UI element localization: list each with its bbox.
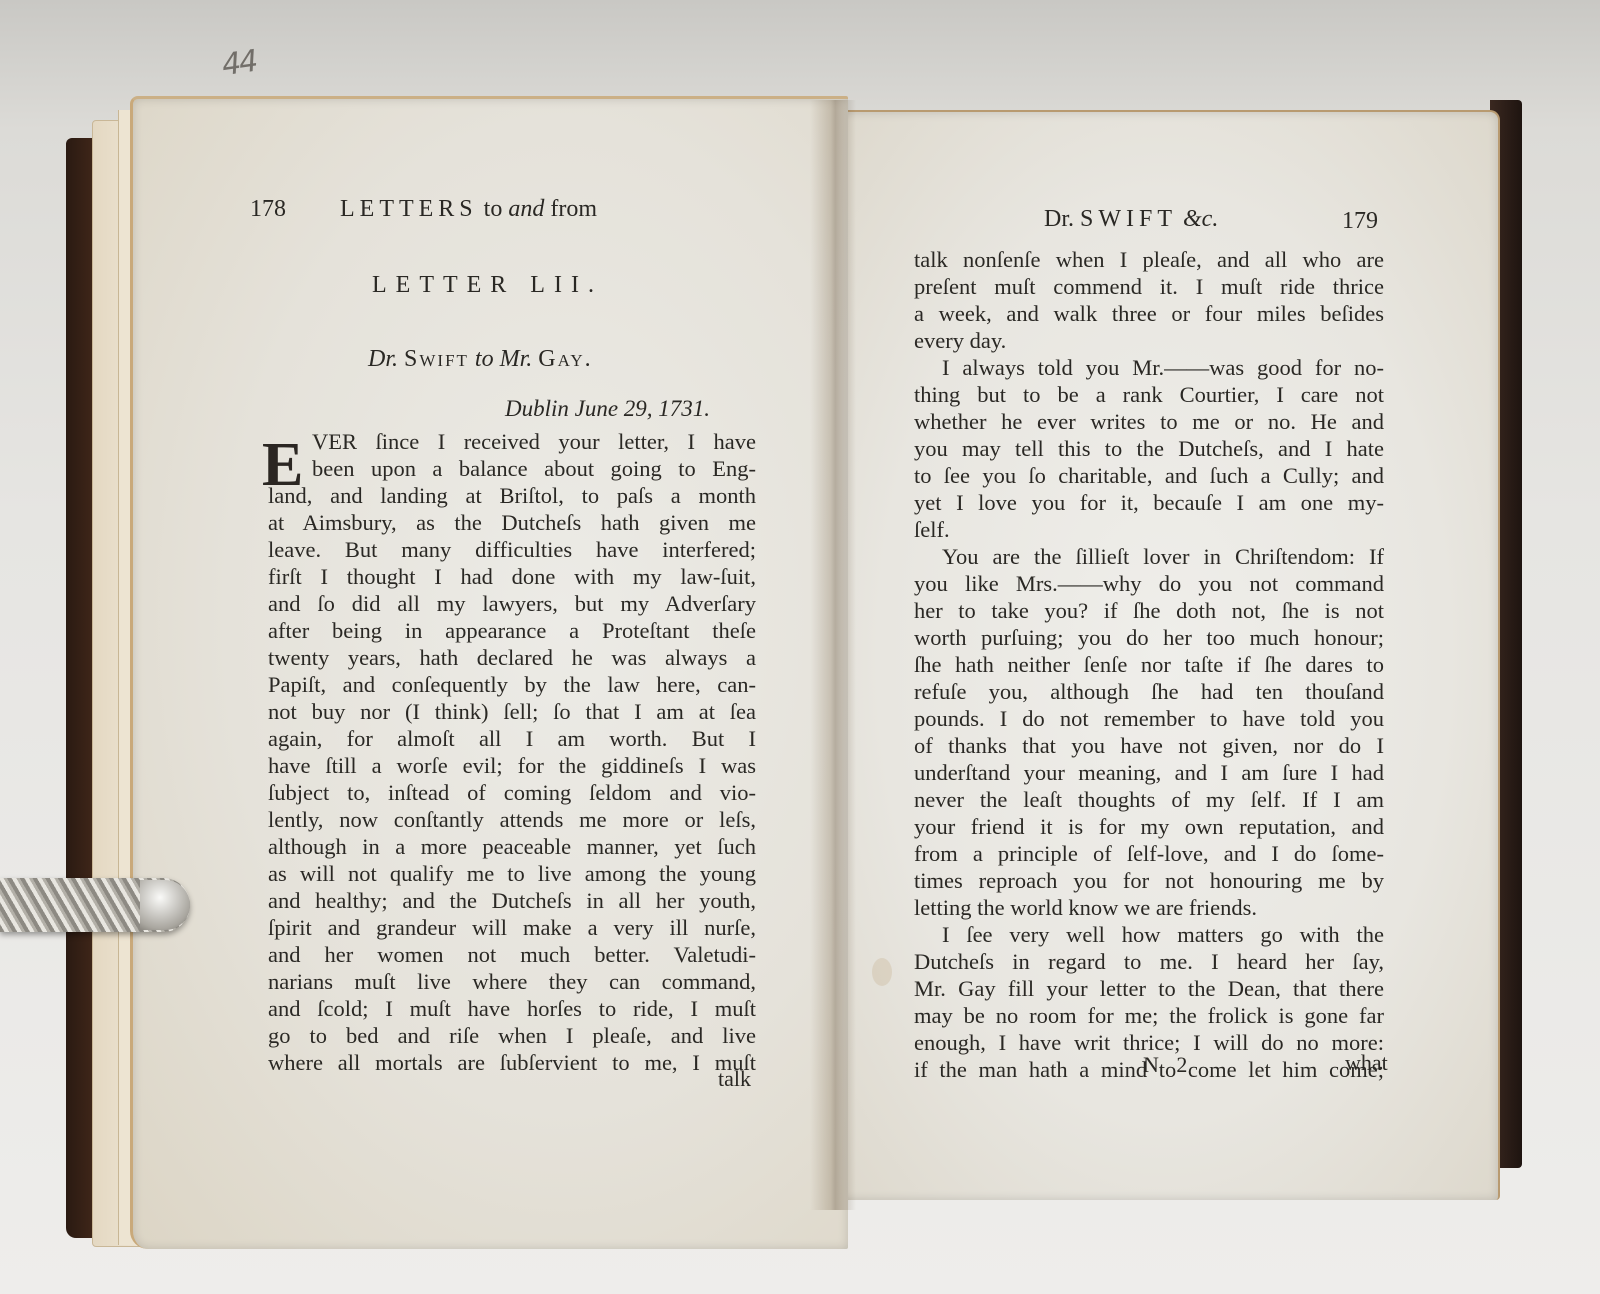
text-line: you like Mrs.——why do you not command	[914, 570, 1384, 597]
page-number-left: 178	[250, 196, 286, 222]
text-line: narians muſt live where they can command…	[268, 968, 756, 995]
right-page-body: talk nonſenſe when I pleaſe, and all who…	[914, 246, 1384, 1083]
text-line: every day.	[914, 327, 1384, 354]
text-line: again, for almoſt all I am worth. But I	[268, 725, 756, 752]
running-head-title: LETTERS	[340, 196, 478, 222]
text-line: from a principle of ſelf-love, and I do …	[914, 840, 1384, 867]
text-line: refuſe you, although ſhe had ten thouſan…	[914, 678, 1384, 705]
salutation-gay: Gay.	[538, 346, 592, 372]
page-number-right: 179	[1342, 208, 1378, 235]
text-line: ſpirit and grandeur will make a very ill…	[268, 914, 756, 941]
text-line: lently, now conſtantly attends me more o…	[268, 806, 756, 833]
text-line: and healthy; and the Dutcheſs in all her…	[268, 887, 756, 914]
text-line: after being in appearance a Proteſtant t…	[268, 617, 756, 644]
salutation-to: to	[475, 346, 494, 372]
text-line: and ſo did all my lawyers, but my Adverſ…	[268, 590, 756, 617]
right-running-head: Dr. SWIFT &c.	[1044, 206, 1218, 233]
text-line: Dutcheſs in regard to me. I heard her ſa…	[914, 948, 1384, 975]
text-line: although in a more peaceable manner, yet…	[268, 833, 756, 860]
text-line: yet I love you for it, becauſe I am one …	[914, 489, 1384, 516]
left-page-body: VER ſince I received your letter, I have…	[268, 428, 756, 1076]
letter-dateline: Dublin June 29, 1731.	[505, 396, 710, 422]
text-line: of thanks that you have not given, nor d…	[914, 732, 1384, 759]
text-line: not buy nor (I think) ſell; ſo that I am…	[268, 698, 756, 725]
text-line: land, and landing at Briſtol, to paſs a …	[268, 482, 756, 509]
text-line: never the leaſt thoughts of my ſelf. If …	[914, 786, 1384, 813]
text-line: been upon a balance about going to Eng-	[268, 455, 756, 482]
text-line: and ſcold; I muſt have horſes to ride, I…	[268, 995, 756, 1022]
text-line: your friend it is for my own reputation,…	[914, 813, 1384, 840]
text-line: Mr. Gay fill your letter to the Dean, th…	[914, 975, 1384, 1002]
text-line: underſtand your meaning, and I am ſure I…	[914, 759, 1384, 786]
catchword-right: what	[1345, 1050, 1388, 1076]
text-line: worth purſuing; you do her too much hono…	[914, 624, 1384, 651]
text-line: her to take you? if ſhe doth not, ſhe is…	[914, 597, 1384, 624]
letter-heading: LETTER LII.	[372, 272, 603, 299]
running-head-etc: &c.	[1183, 206, 1218, 232]
text-line: ſhe hath neither ſenſe nor taſte if ſhe …	[914, 651, 1384, 678]
salutation-dr: Dr.	[368, 346, 398, 372]
text-line: thing but to be a rank Courtier, I care …	[914, 381, 1384, 408]
text-line: where all mortals are ſubſervient to me,…	[268, 1049, 756, 1076]
text-line: firſt I thought I had done with my law-ſ…	[268, 563, 756, 590]
salutation-swift: Swift	[404, 346, 469, 372]
running-head-from: from	[550, 196, 597, 222]
running-head-swift: SWIFT	[1080, 206, 1177, 232]
text-line: pounds. I do not remember to have told y…	[914, 705, 1384, 732]
text-line: preſent muſt commend it. I muſt ride thr…	[914, 273, 1384, 300]
text-line: I ſee very well how matters go with the	[914, 921, 1384, 948]
text-line: go to bed and riſe when I pleaſe, and li…	[268, 1022, 756, 1049]
text-line: at Aimsbury, as the Dutcheſs hath given …	[268, 509, 756, 536]
text-line: may be no room for me; the frolick is go…	[914, 1002, 1384, 1029]
book-gutter	[810, 100, 856, 1210]
text-line: times reproach you for not honouring me …	[914, 867, 1384, 894]
catchword-left: talk	[718, 1066, 751, 1092]
text-line: talk nonſenſe when I pleaſe, and all who…	[914, 246, 1384, 273]
text-line: letting the world know we are friends.	[914, 894, 1384, 921]
text-line: I always told you Mr.——was good for no-	[914, 354, 1384, 381]
text-line: Papiſt, and conſequently by the law here…	[268, 671, 756, 698]
running-head-and: and	[508, 196, 544, 222]
text-line: twenty years, hath declared he was alway…	[268, 644, 756, 671]
text-line: ſubject to, inſtead of coming ſeldom and…	[268, 779, 756, 806]
text-line: You are the ſillieſt lover in Chriſtendo…	[914, 543, 1384, 570]
text-line: to ſee you ſo charitable, and ſuch a Cul…	[914, 462, 1384, 489]
text-line: have ſtill a worſe evil; for the giddine…	[268, 752, 756, 779]
letter-salutation: Dr. Swift to Mr. Gay.	[368, 346, 593, 373]
text-line: VER ſince I received your letter, I have	[268, 428, 756, 455]
running-head-dr: Dr.	[1044, 206, 1074, 232]
silver-page-pointer-tip	[140, 880, 190, 930]
text-line: ſelf.	[914, 516, 1384, 543]
running-head-to: to	[484, 196, 503, 222]
text-line: a week, and walk three or four miles beſ…	[914, 300, 1384, 327]
left-running-head: 178 LETTERS to and from	[250, 196, 597, 223]
text-line: you may tell this to the Dutcheſs, and I…	[914, 435, 1384, 462]
pencil-annotation: 44	[220, 44, 259, 83]
salutation-mr: Mr.	[500, 346, 533, 372]
signature-mark: N 2	[1143, 1052, 1193, 1078]
text-line: whether he ever writes to me or no. He a…	[914, 408, 1384, 435]
text-line: leave. But many difficulties have interf…	[268, 536, 756, 563]
text-line: as will not qualify me to live among the…	[268, 860, 756, 887]
foxing-stain	[872, 958, 892, 986]
text-line: and her women not much better. Valetudi-	[268, 941, 756, 968]
